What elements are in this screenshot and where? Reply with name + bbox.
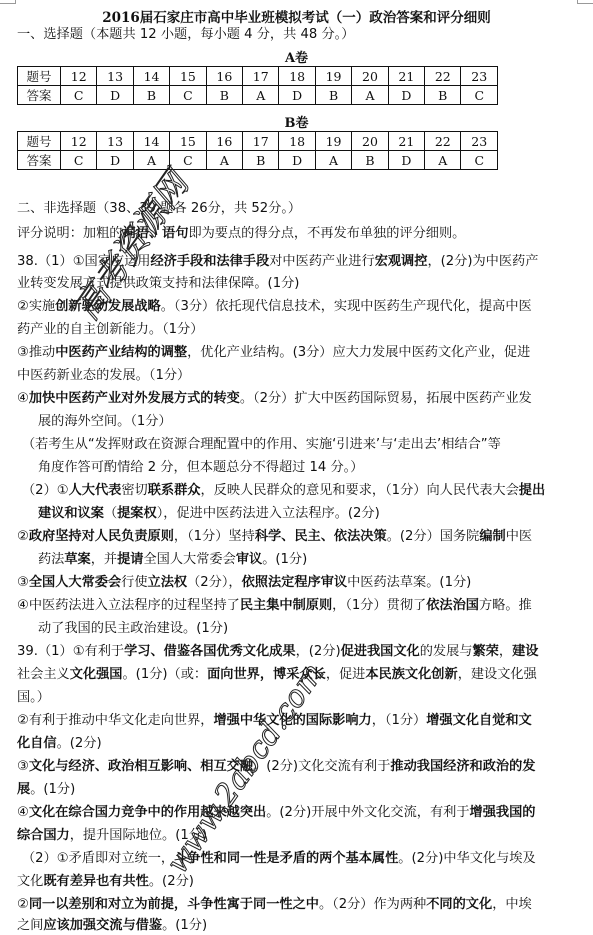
- text: （2分），: [187, 575, 242, 590]
- key-point: 中医药产业结构的调整: [55, 345, 187, 360]
- text: 。(2分): [149, 874, 194, 889]
- key-point: 促进我国文化: [341, 644, 420, 659]
- key-point: 面向世界，博采众长: [207, 667, 326, 682]
- key-point: 同一以差别和对立为前提，斗争性寓于同一性之中: [29, 897, 319, 912]
- key-point: 创新驱动发展战略: [55, 299, 161, 314]
- q38-line: ②实施创新驱动发展战略。（3分）依托现代信息技术，实现中医药生产现代化，提高中医: [17, 298, 532, 316]
- question-number: 13: [97, 67, 133, 86]
- answer-cell: A: [243, 86, 279, 105]
- key-point: 宏观调控: [375, 254, 428, 269]
- text: ，中埃: [492, 897, 532, 912]
- q39-line: （2）①矛盾即对立统一，斗争性和同一性是矛盾的两个基本属性。(2分)中华文化与埃…: [22, 850, 536, 868]
- key-point: 建设: [512, 644, 538, 659]
- question-number: 18: [279, 132, 315, 151]
- key-point: 综合国力: [17, 828, 70, 843]
- row-header: 题号: [18, 67, 61, 86]
- answer-cell: C: [61, 86, 97, 105]
- q38-note: 角度作答可酌情给 2 分，但本题总分不得超过 14 分。）: [38, 459, 363, 477]
- key-point: 审议: [236, 552, 262, 567]
- q38-line: 中医药新业态的发展。（1分）: [17, 367, 190, 385]
- table-row-numbers: 题号 12 13 14 15 16 17 18 19 20 21 22 23: [18, 67, 498, 86]
- text: 。(1分): [262, 552, 307, 567]
- document-page: 2016届石家庄市高中毕业班模拟考试（一）政治答案和评分细则 一、选择题（本题共…: [0, 0, 593, 935]
- key-point: 政府坚持对人民负责原则: [29, 529, 174, 544]
- answer-cell: B: [206, 86, 242, 105]
- text: 39.（1）①有利于: [17, 644, 124, 659]
- q38-line: 38.（1）①国家应运用经济手段和法律手段对中医药产业进行宏观调控，(2分)为中…: [17, 253, 538, 271]
- answer-table-b: 题号 12 13 14 15 16 17 18 19 20 21 22 23 答…: [17, 131, 498, 170]
- answer-cell: C: [61, 151, 97, 170]
- q39-line: 社会主义文化强国。(1分)（或：面向世界，博采众长，促进本民族文化创新，建设文化…: [17, 666, 537, 684]
- key-point: 繁荣: [473, 644, 499, 659]
- answer-cell: B: [243, 151, 279, 170]
- question-number: 12: [61, 132, 97, 151]
- key-point: 化自信: [17, 736, 57, 751]
- answer-cell: A: [352, 86, 388, 105]
- text: ，（1分）坚持: [174, 529, 255, 544]
- note-text: 评分说明：加粗的: [17, 226, 123, 241]
- text: 密切: [121, 483, 147, 498]
- answer-cell: C: [461, 151, 498, 170]
- text: 社会主义: [17, 667, 70, 682]
- text: 。(2分)中华文化与埃及: [398, 851, 535, 866]
- text: 全国人大常委会: [144, 552, 236, 567]
- question-number: 14: [133, 132, 169, 151]
- text: 。（2分）作为两种: [319, 897, 426, 912]
- question-number: 20: [352, 67, 388, 86]
- text: ②有利于推动中华文化走向世界，: [17, 713, 213, 728]
- answer-cell: B: [315, 86, 351, 105]
- key-point: 依法治国: [426, 598, 479, 613]
- scoring-note: 评分说明：加粗的词语、语句即为要点的得分点，不再发布单独的评分细则。: [17, 225, 465, 243]
- answer-table-a: 题号 12 13 14 15 16 17 18 19 20 21 22 23 答…: [17, 66, 498, 105]
- text: （: [104, 506, 117, 521]
- question-number: 18: [279, 67, 315, 86]
- table-row-answers: 答案 C D A C A B D A B D A C: [18, 151, 498, 170]
- key-point: 既有差异也有共性: [43, 874, 149, 889]
- answer-cell: B: [425, 86, 461, 105]
- text: ，提升国际地位。(1分): [70, 828, 207, 843]
- text: ③: [17, 575, 29, 590]
- q39-line: ③文化与经济、政治相互影响、相互交融。(2分)文化交流有利于推动我国经济和政治的…: [17, 758, 535, 776]
- question-number: 19: [315, 67, 351, 86]
- answer-cell: D: [388, 151, 424, 170]
- text: ，(2分): [296, 644, 341, 659]
- answer-cell: D: [279, 151, 315, 170]
- q38-line: 动了我国的民主政治建设。(1分): [38, 620, 228, 638]
- answer-cell: D: [97, 86, 133, 105]
- text: ③推动: [17, 345, 55, 360]
- key-point: 民主集中制原则: [240, 598, 332, 613]
- key-point: 人大代表: [69, 483, 122, 498]
- question-number: 21: [388, 132, 424, 151]
- page-corner-mark: [0, 0, 16, 4]
- answer-cell: C: [170, 86, 206, 105]
- q38-line: 药产业的自主创新能力。（1分）: [17, 321, 203, 339]
- q39-line: 化自信。(2分): [17, 735, 102, 753]
- text: 中医药法草案。(1分): [347, 575, 471, 590]
- text: 。(1分): [162, 918, 207, 933]
- text: （2）①: [22, 483, 69, 498]
- key-point: 增强文化自觉和文: [426, 713, 532, 728]
- text: ，优化产业结构。(3分）应大力发展中医药文化产业，促进: [187, 345, 530, 360]
- q38-note: （若考生从“发挥财政在资源合理配置中的作用、实施‘引进来’与‘走出去’相结合”等: [22, 436, 501, 454]
- key-point: 经济手段和法律手段: [151, 254, 270, 269]
- question-number: 20: [352, 132, 388, 151]
- question-number: 17: [243, 67, 279, 86]
- text: ，（1分）: [372, 713, 427, 728]
- key-point: 斗争性和同一性是矛盾的两个基本属性: [174, 851, 398, 866]
- q38-line: （2）①人大代表密切联系群众，反映人民群众的意见和要求，（1分）向人民代表大会提…: [22, 482, 545, 500]
- text: 。（3分）依托现代信息技术，实现中医药生产现代化，提高中医: [161, 299, 532, 314]
- key-point: 增强中华文化的国际影响力: [213, 713, 371, 728]
- key-point: 文化在综合国力竞争中的作用越来越突出: [29, 805, 266, 820]
- q38-line: 业转变发展方式提供政策支持和法律保障。(1分): [17, 275, 299, 293]
- key-point: 不同的文化: [426, 897, 492, 912]
- answer-cell: A: [315, 151, 351, 170]
- question-number: 22: [425, 132, 461, 151]
- answer-cell: D: [388, 86, 424, 105]
- q39-line: 39.（1）①有利于学习、借鉴各国优秀文化成果，(2分)促进我国文化的发展与繁荣…: [17, 643, 538, 661]
- q39-line: 展。(1分): [17, 781, 75, 799]
- table-row-answers: 答案 C D B C B A D B A D B C: [18, 86, 498, 105]
- text: ），促进中医药法进入立法程序。(2分): [157, 506, 380, 521]
- q39-line: ②有利于推动中华文化走向世界，增强中华文化的国际影响力，（1分）增强文化自觉和文: [17, 712, 532, 730]
- key-point: 立法权: [148, 575, 188, 590]
- q38-line: ④加快中医药产业对外发展方式的转变。（2分）扩大中医药国际贸易，拓展中医药产业发: [17, 390, 532, 408]
- q38-line: 药法草案，并提请全国人大常委会审议。(1分): [38, 551, 307, 569]
- answer-cell: B: [352, 151, 388, 170]
- text: 。(2分)文化交流有利于: [253, 759, 390, 774]
- text: ④: [17, 391, 29, 406]
- text: 的发展与: [420, 644, 473, 659]
- q39-line: 国。）: [17, 689, 50, 707]
- question-number: 21: [388, 67, 424, 86]
- answer-cell: C: [170, 151, 206, 170]
- q38-line: ②政府坚持对人民负责原则，（1分）坚持科学、民主、依法决策。(2分）国务院编制中…: [17, 528, 532, 546]
- key-point: 联系群众: [148, 483, 201, 498]
- key-point: 提出: [519, 483, 545, 498]
- page-corner-mark: [577, 0, 593, 4]
- text: ，建设文化强: [458, 667, 537, 682]
- text: 之间: [17, 918, 43, 933]
- text: 对中医药产业进行: [269, 254, 375, 269]
- q39-line: 之间应该加强交流与借鉴。(1分): [17, 917, 207, 935]
- key-point: 提案权: [117, 506, 157, 521]
- key-point: 建议和议案: [38, 506, 104, 521]
- question-number: 23: [461, 132, 498, 151]
- key-point: 依照法定程序审议: [242, 575, 348, 590]
- q38-line: 展的海外空间。（1分）: [38, 413, 172, 431]
- text: ，: [499, 644, 512, 659]
- q39-line: 综合国力，提升国际地位。(1分): [17, 827, 207, 845]
- text: 。（2分）扩大中医药国际贸易，拓展中医药产业发: [240, 391, 532, 406]
- question-number: 23: [461, 67, 498, 86]
- answer-cell: A: [425, 151, 461, 170]
- question-number: 22: [425, 67, 461, 86]
- text: 。(2分）国务院: [387, 529, 480, 544]
- text: ，促进: [326, 667, 366, 682]
- text: （2）①矛盾即对立统一，: [22, 851, 174, 866]
- text: ，并: [91, 552, 117, 567]
- q38-line: ③推动中医药产业结构的调整，优化产业结构。(3分）应大力发展中医药文化产业，促进: [17, 344, 530, 362]
- text: ②实施: [17, 299, 55, 314]
- text: ④: [17, 805, 29, 820]
- answer-cell: D: [97, 151, 133, 170]
- text: ④中医药法进入立法程序的过程坚持了: [17, 598, 240, 613]
- question-number: 16: [206, 67, 242, 86]
- row-header: 答案: [18, 86, 61, 105]
- text: ②: [17, 897, 29, 912]
- key-point: 应该加强交流与借鉴: [43, 918, 162, 933]
- question-number: 19: [315, 132, 351, 151]
- text: 方略。推: [479, 598, 532, 613]
- key-point: 科学、民主、依法决策: [255, 529, 387, 544]
- key-point: 推动我国经济和政治的发: [390, 759, 535, 774]
- q39-line: ④文化在综合国力竞争中的作用越来越突出。(2分)开展中外文化交流，有利于增强我国…: [17, 804, 535, 822]
- key-point: 学习、借鉴各国优秀文化成果: [124, 644, 295, 659]
- note-bold: 词语、语句: [123, 226, 189, 241]
- text: ，（1分）贯彻了: [332, 598, 426, 613]
- key-point: 文化强国: [70, 667, 123, 682]
- key-point: 增强我国的: [470, 805, 536, 820]
- row-header: 答案: [18, 151, 61, 170]
- volume-a-label: A卷: [0, 47, 593, 66]
- text: 。(1分): [30, 782, 75, 797]
- key-point: 加快中医药产业对外发展方式的转变: [29, 391, 240, 406]
- table-row-numbers: 题号 12 13 14 15 16 17 18 19 20 21 22 23: [18, 132, 498, 151]
- row-header: 题号: [18, 132, 61, 151]
- key-point: 全国人大常委会: [29, 575, 121, 590]
- text: 中医: [506, 529, 532, 544]
- text: 38.（1）①国家应运用: [17, 254, 151, 269]
- question-number: 15: [170, 132, 206, 151]
- text: ③: [17, 759, 29, 774]
- volume-b-label: B卷: [0, 112, 593, 131]
- answer-cell: A: [206, 151, 242, 170]
- text: 文化: [17, 874, 43, 889]
- question-number: 12: [61, 67, 97, 86]
- text: 。(2分)开展中外文化交流，有利于: [266, 805, 469, 820]
- key-point: 展: [17, 782, 30, 797]
- text: 。(1分)（或：: [123, 667, 208, 682]
- q38-line: 建议和议案（提案权），促进中医药法进入立法程序。(2分): [38, 505, 380, 523]
- key-point: 编制: [479, 529, 505, 544]
- text: ，(2分)为中医药产: [427, 254, 538, 269]
- section2-heading: 二、非选择题（38、39 题各 26分，共 52分。）: [17, 200, 301, 218]
- q38-line: ④中医药法进入立法程序的过程坚持了民主集中制原则，（1分）贯彻了依法治国方略。推: [17, 597, 532, 615]
- answer-cell: C: [461, 86, 498, 105]
- answer-cell: D: [279, 86, 315, 105]
- key-point: 提请: [117, 552, 143, 567]
- text: 。(2分): [57, 736, 102, 751]
- text: ，反映人民群众的意见和要求，（1分）向人民代表大会: [200, 483, 518, 498]
- answer-cell: B: [133, 86, 169, 105]
- question-number: 13: [97, 132, 133, 151]
- text: 药法: [38, 552, 64, 567]
- text: 行使: [121, 575, 147, 590]
- question-number: 17: [243, 132, 279, 151]
- answer-cell: A: [133, 151, 169, 170]
- note-text: 即为要点的得分点，不再发布单独的评分细则。: [188, 226, 465, 241]
- q39-line: ②同一以差别和对立为前提，斗争性寓于同一性之中。（2分）作为两种不同的文化，中埃: [17, 896, 532, 914]
- q39-line: 文化既有差异也有共性。(2分): [17, 873, 194, 891]
- section1-heading: 一、选择题（本题共 12 小题，每小题 4 分，共 48 分。）: [17, 26, 354, 44]
- question-number: 16: [206, 132, 242, 151]
- question-number: 14: [133, 67, 169, 86]
- key-point: 本民族文化创新: [365, 667, 457, 682]
- text: ②: [17, 529, 29, 544]
- question-number: 15: [170, 67, 206, 86]
- key-point: 草案: [64, 552, 90, 567]
- document-title: 2016届石家庄市高中毕业班模拟考试（一）政治答案和评分细则: [0, 6, 593, 26]
- key-point: 文化与经济、政治相互影响、相互交融: [29, 759, 253, 774]
- q38-line: ③全国人大常委会行使立法权（2分），依照法定程序审议中医药法草案。(1分): [17, 574, 471, 592]
